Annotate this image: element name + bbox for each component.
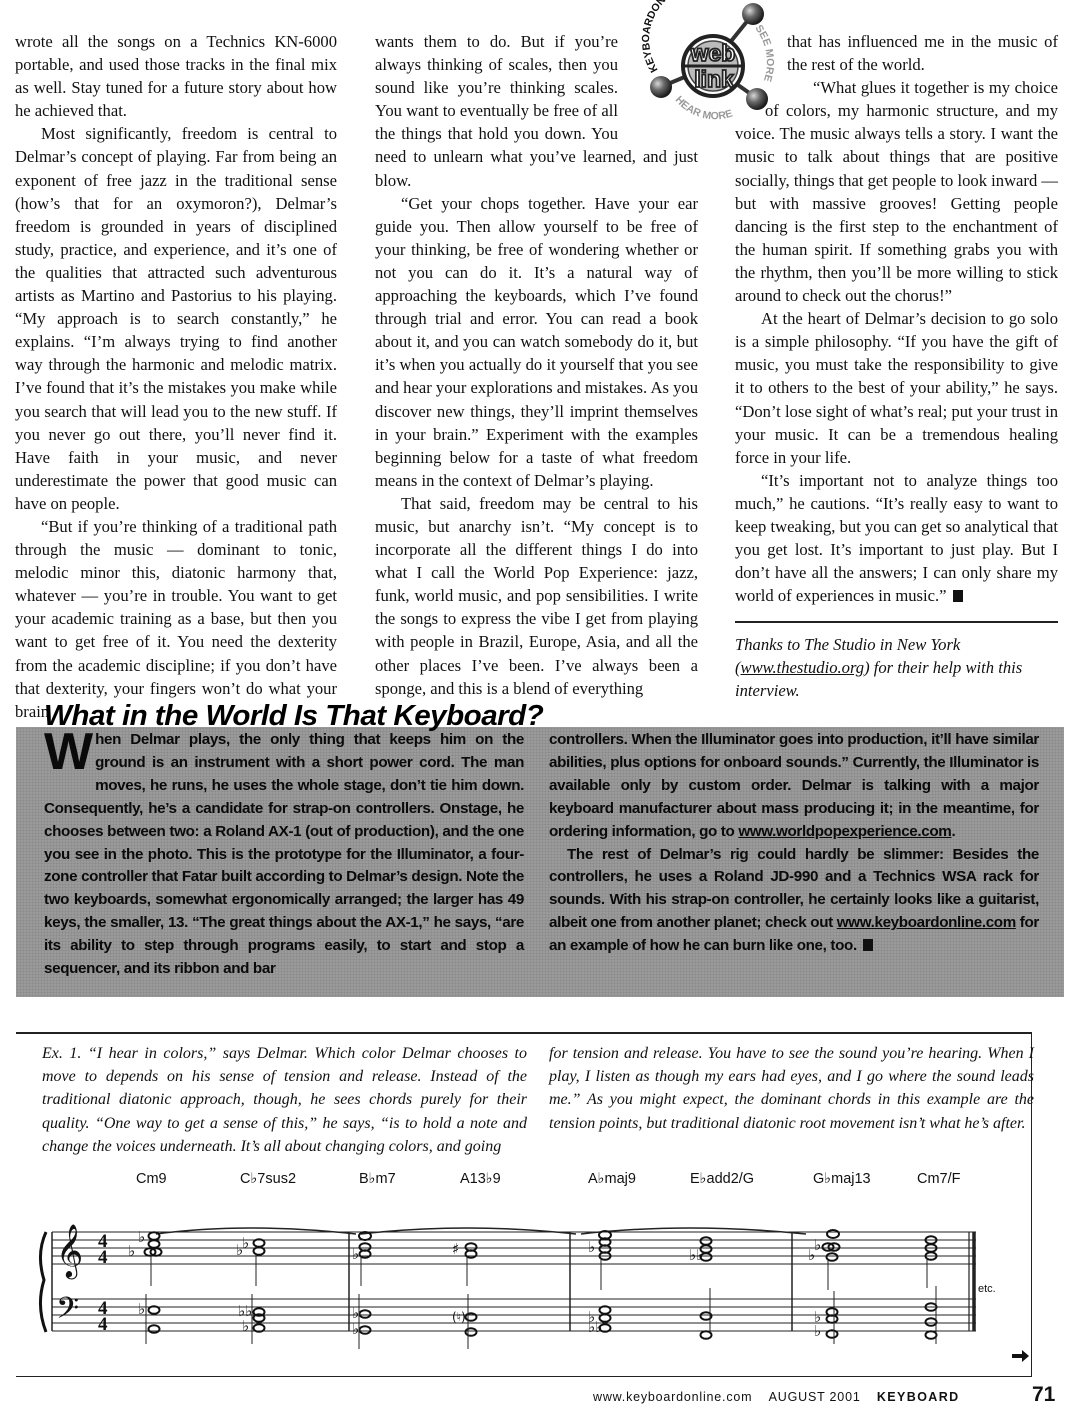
svg-text:♭: ♭ (236, 1241, 243, 1259)
chord-symbol: B♭m7 (359, 1171, 396, 1187)
time-signature: 44 44 (98, 1231, 108, 1335)
grand-staff-notation: 𝄞 𝄢 44 44 (16, 1194, 1031, 1374)
svg-text:♭: ♭ (352, 1320, 359, 1338)
drop-cap: W (44, 731, 91, 775)
svg-text:♭: ♭ (814, 1322, 821, 1340)
sidebar-paragraph: The rest of Delmar’s rig could hardly be… (549, 844, 1039, 959)
svg-text:♭: ♭ (352, 1245, 359, 1263)
sidebar-title: What in the World Is That Keyboard? (44, 700, 543, 733)
svg-text:♭: ♭ (138, 1228, 145, 1246)
sidebar-box: When Delmar plays, the only thing that k… (16, 727, 1064, 997)
music-example-box: Ex. 1. “I hear in colors,” says Delmar. … (16, 1032, 1032, 1377)
worldpop-link[interactable]: www.worldpopexperience.com (738, 823, 951, 840)
article-column-1: wrote all the songs on a Technics KN-600… (15, 30, 337, 723)
example-caption-left: Ex. 1. “I hear in colors,” says Delmar. … (42, 1042, 527, 1158)
page-number: 71 (1032, 1383, 1055, 1407)
magazine-name: KEYBOARD (877, 1390, 960, 1404)
article-column-3: that has influenced me in the music of t… (735, 30, 1058, 702)
chord-symbol: Cm7/F (917, 1171, 961, 1187)
svg-text:4: 4 (98, 1314, 108, 1335)
svg-text:♭: ♭ (128, 1242, 135, 1260)
svg-text:etc.: etc. (978, 1283, 996, 1295)
web-link-badge[interactable]: web link KEYBOARDONLINE.COM SEE MORE HEA… (633, 0, 793, 130)
sidebar-column-1: When Delmar plays, the only thing that k… (44, 729, 524, 981)
sidebar-paragraph: When Delmar plays, the only thing that k… (44, 729, 524, 981)
chord-symbol: A13♭9 (460, 1171, 501, 1187)
paragraph: “But if you’re thinking of a traditional… (15, 515, 337, 723)
svg-text:♭: ♭ (242, 1317, 249, 1335)
svg-text:4: 4 (98, 1247, 108, 1268)
svg-text:𝄞: 𝄞 (56, 1223, 83, 1279)
svg-text:web: web (690, 40, 736, 66)
sidebar-column-2: controllers. When the Illuminator goes i… (549, 729, 1039, 958)
article-column-2: wants them to do. But if you’re always t… (375, 30, 698, 700)
studio-link[interactable]: www.thestudio.org (741, 658, 865, 677)
end-mark-icon (953, 590, 963, 602)
svg-text:𝄢: 𝄢 (56, 1292, 79, 1333)
svg-text:♯: ♯ (452, 1240, 459, 1258)
svg-text:♭♭: ♭♭ (588, 1318, 602, 1336)
svg-text:(♮): (♮) (452, 1310, 466, 1324)
svg-text:SEE MORE: SEE MORE (753, 23, 776, 83)
svg-text:♭: ♭ (588, 1238, 595, 1256)
divider (735, 621, 1058, 623)
sidebar-text: . (951, 823, 955, 840)
web-link-badge-icon: web link KEYBOARDONLINE.COM SEE MORE HEA… (633, 0, 793, 130)
svg-text:♭: ♭ (138, 1300, 145, 1318)
footer-url[interactable]: www.keyboardonline.com (593, 1390, 752, 1404)
paragraph: At the heart of Delmar’s decision to go … (735, 307, 1058, 469)
example-caption-right: for tension and release. You have to see… (549, 1042, 1034, 1135)
svg-text:♭♭: ♭♭ (689, 1246, 703, 1264)
chord-symbol: A♭maj9 (588, 1171, 636, 1187)
paragraph: That said, freedom may be central to his… (375, 492, 698, 700)
chord-symbol: G♭maj13 (813, 1171, 871, 1187)
sidebar-paragraph: controllers. When the Illuminator goes i… (549, 729, 1039, 844)
chord-symbol: E♭add2/G (690, 1171, 754, 1187)
end-mark-icon (863, 939, 873, 951)
paragraph: Most significantly, freedom is central t… (15, 122, 337, 515)
footer-date: AUGUST 2001 (769, 1390, 861, 1404)
paragraph: “It’s important not to analyze things to… (735, 469, 1058, 608)
chord-symbol: C♭7sus2 (240, 1171, 296, 1187)
keyboardonline-link[interactable]: www.keyboardonline.com (837, 914, 1016, 931)
sidebar-text: hen Delmar plays, the only thing that ke… (44, 731, 524, 977)
svg-text:link: link (694, 66, 734, 92)
paragraph-text: “It’s important not to analyze things to… (735, 471, 1058, 605)
paragraph: “Get your chops together. Have your ear … (375, 192, 698, 492)
paragraph: wrote all the songs on a Technics KN-600… (15, 30, 337, 122)
page-footer: www.keyboardonline.com AUGUST 2001 KEYBO… (593, 1390, 960, 1404)
svg-text:♭: ♭ (808, 1246, 815, 1264)
chord-symbol: Cm9 (136, 1171, 167, 1187)
credit-note: Thanks to The Studio in New York (www.th… (735, 633, 1058, 702)
svg-text:HEAR MORE: HEAR MORE (673, 94, 734, 122)
